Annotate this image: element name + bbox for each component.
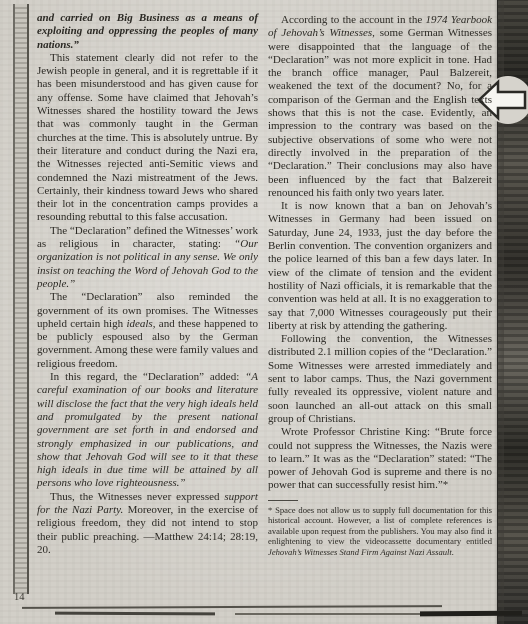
paragraph: This statement clearly did not refer to … <box>37 52 258 225</box>
text-segment: Following the convention, the Witnesses … <box>268 333 492 425</box>
footnote-separator-rule <box>268 500 298 501</box>
paragraph: According to the account in the 1974 Yea… <box>268 14 492 200</box>
paragraph: The “Declaration” also reminded the gove… <box>37 291 258 371</box>
paragraph: Following the convention, the Witnesses … <box>268 333 492 426</box>
page-binding-edge <box>13 4 29 594</box>
text-segment: The “Declaration” defined the Witnesses’… <box>37 225 258 250</box>
text-segment: Jehovah’s Witnesses Stand Firm Against N… <box>268 547 454 557</box>
bottom-page-edge-line <box>235 613 425 615</box>
text-segment: Thus, the Witnesses never expressed <box>50 491 224 503</box>
text-segment: This statement clearly did not refer to … <box>37 52 258 224</box>
page-number: 14 <box>14 592 25 603</box>
bottom-page-edge-line <box>55 612 215 616</box>
paragraph: It is now known that a ban on Jehovah’s … <box>268 200 492 333</box>
text-segment: Wrote Professor Christine King: “Brute f… <box>268 426 492 491</box>
text-segment: It is now known that a ban on Jehovah’s … <box>268 200 492 332</box>
left-text-column: and carried on Big Business as a means o… <box>37 12 258 557</box>
text-segment: In this regard, the “Declaration” added: <box>50 371 245 383</box>
text-segment: some German Witnesses were disappointed … <box>268 27 492 199</box>
bottom-page-edge-line <box>420 611 522 617</box>
paragraph: Thus, the Witnesses never expressed supp… <box>37 491 258 557</box>
bottom-page-edge-line <box>22 605 442 609</box>
text-segment: * Space does not allow us to supply full… <box>268 505 492 547</box>
right-column-body: According to the account in the 1974 Yea… <box>268 14 492 493</box>
paragraph: The “Declaration” defined the Witnesses’… <box>37 225 258 291</box>
right-text-column: According to the account in the 1974 Yea… <box>268 14 492 558</box>
paragraph: and carried on Big Business as a means o… <box>37 12 258 52</box>
paragraph: Wrote Professor Christine King: “Brute f… <box>268 426 492 492</box>
text-segment: According to the account in the <box>281 14 426 26</box>
text-segment: and carried on Big Business as a means o… <box>37 12 258 51</box>
text-segment: “A careful examination of our books and … <box>37 371 258 489</box>
paragraph: In this regard, the “Declaration” added:… <box>37 371 258 491</box>
footnote-text: * Space does not allow us to supply full… <box>268 505 492 558</box>
text-segment: ideals, <box>126 318 155 330</box>
